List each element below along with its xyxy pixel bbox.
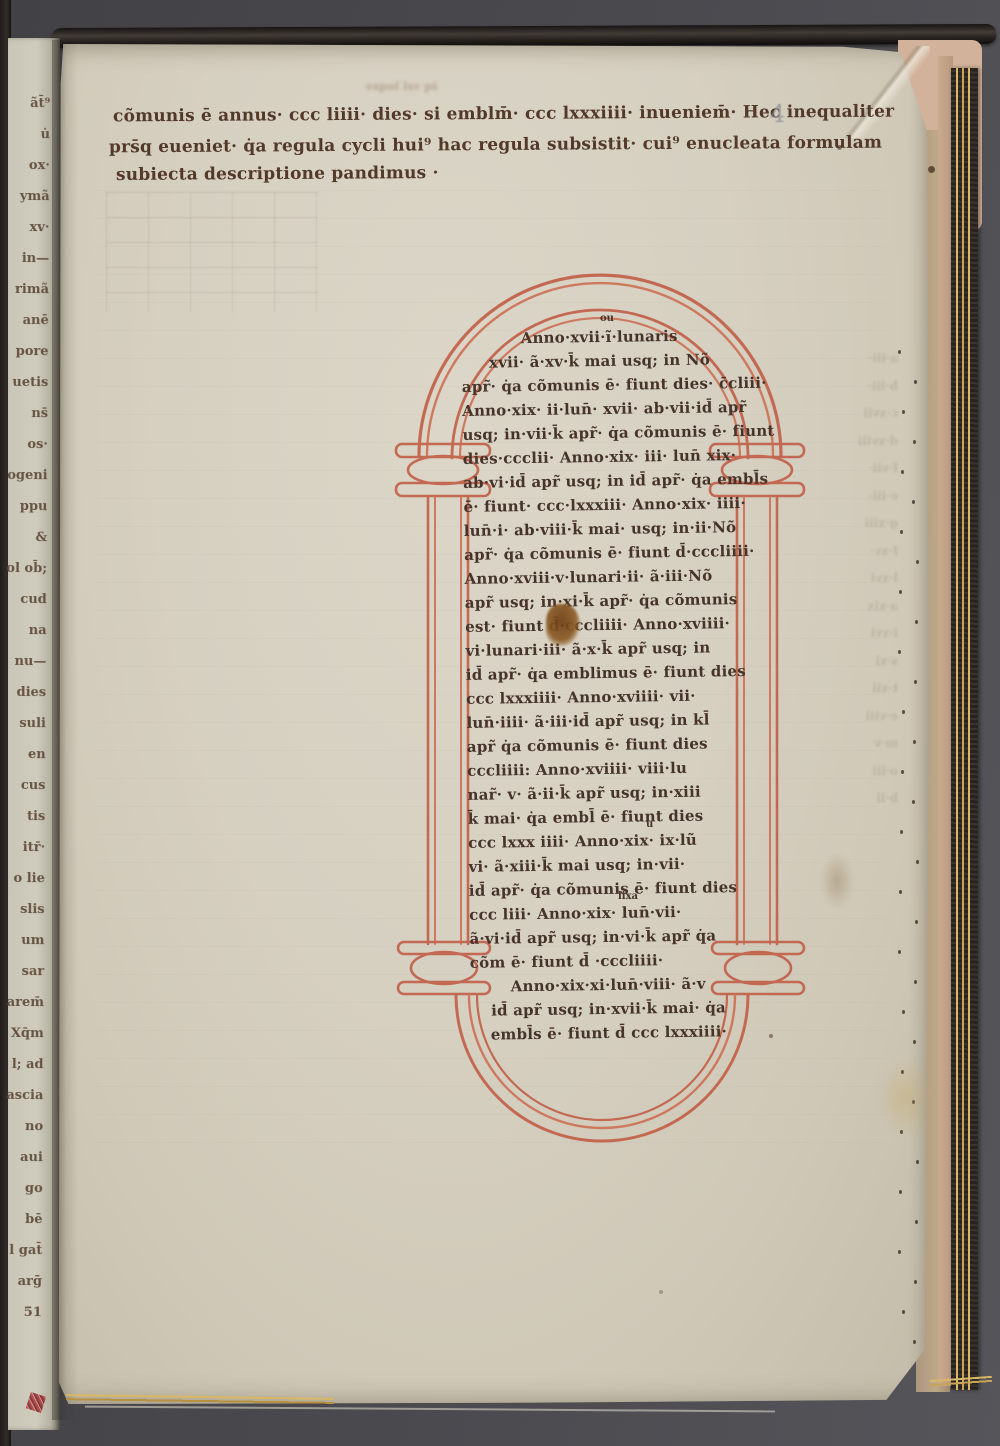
stain-yellow <box>880 1058 932 1138</box>
facing-page-fragment: & <box>1 522 47 553</box>
margin-showthrough-line: b·ii <box>826 785 898 813</box>
faint-inscription: expoſ lxv ps̄ <box>366 80 438 93</box>
facing-page-fragment: Xq̄m <box>0 1018 44 1049</box>
facing-page-fragment: ascia <box>0 1080 43 1111</box>
facing-page-fragment: na <box>1 615 47 646</box>
facing-page-fragment: 51 <box>0 1297 42 1328</box>
margin-showthrough-line: g·xiii <box>826 510 898 538</box>
facing-page-fragment: rimã <box>3 274 49 305</box>
facing-page-fragment: dies <box>0 677 46 708</box>
frame-text-line: id̄ apr̃· q̇a emblimus ē· fiunt dies <box>456 659 752 687</box>
facing-page-fragment: ogeni <box>2 460 48 491</box>
header-line-3: subiecta descriptione pandimus · <box>116 163 439 185</box>
book-cover-fore-edge-gilt <box>951 68 978 1390</box>
facing-page-text-fragments: ãt̄⁹u̇ox·ymãxv·in—rimãanēporeuetisns̄os·… <box>0 88 50 1348</box>
margin-showthrough-line: f·vii· <box>826 455 898 483</box>
facing-page-fragment: u̇ <box>4 119 50 150</box>
facing-page-fragment: ns̄ <box>2 398 48 429</box>
frame-text-line: ã·vi·id̄ apr̃ usq; in·vi·k̄ apr̃ q̇a <box>459 923 755 951</box>
frame-text: Anno·xvii·ĩ·lunarisxvii· ã·xv·k̄ mai usq… <box>451 323 757 1047</box>
margin-showthrough-line: f·xv· <box>826 538 898 566</box>
facing-page-fragment: arem̄ <box>0 987 44 1018</box>
facing-page-fragment: nu— <box>0 646 46 677</box>
facing-page-fragment: anē <box>3 305 49 336</box>
facing-page-fragment: ox· <box>4 150 50 181</box>
margin-showthrough-line: o·iii <box>826 758 898 786</box>
page-number: 4 <box>770 100 785 128</box>
facing-page-fragment: cus <box>0 770 46 801</box>
facing-page-fragment: cud <box>1 584 47 615</box>
margin-showthrough-line: i·xvi <box>826 620 898 648</box>
margin-showthrough-line: b·iii· <box>826 373 898 401</box>
speck <box>769 1034 773 1038</box>
gutter-shadow <box>52 40 78 1420</box>
facing-page-fragment: bē <box>0 1204 43 1235</box>
facing-page-fragment: suli <box>0 708 46 739</box>
facing-page-fragment: aui <box>0 1142 43 1173</box>
stain-smudge <box>820 852 854 910</box>
facing-page-fragment: ol ob̄; <box>1 553 47 584</box>
facing-page-fragment: xv· <box>3 212 49 243</box>
margin-showthrough-column: a·iii·b·iii·c·xviid·xviiif·vii·e·iii·g·x… <box>826 345 898 813</box>
facing-page-fragment: go <box>0 1173 43 1204</box>
facing-page-fragment: in— <box>3 243 49 274</box>
speck <box>837 145 842 150</box>
facing-page-fragment: os· <box>2 429 48 460</box>
facing-page-fragment: o lie <box>0 863 45 894</box>
facing-page-fragment: uetis <box>2 367 48 398</box>
margin-showthrough-line: l·xvi <box>826 565 898 593</box>
facing-page-fragment: ãt̄⁹ <box>4 88 50 119</box>
facing-page-fragment: slis <box>0 894 45 925</box>
frame-text-line: lun̄·iiii· ã·iii·id̄ apr̃ usq; in kl̄ <box>456 707 752 735</box>
facing-page-fragment: pore <box>2 336 48 367</box>
page-bottom-edge-highlight <box>85 1406 775 1413</box>
margin-showthrough-line: a·xix <box>826 593 898 621</box>
facing-page-fragment: no <box>0 1111 43 1142</box>
margin-showthrough-line: c·xvii <box>826 400 898 428</box>
table-showthrough <box>106 192 318 312</box>
book-cover-top-edge <box>52 24 996 48</box>
speck <box>928 166 935 173</box>
margin-showthrough-line: a·iii· <box>826 345 898 373</box>
margin-showthrough-line: d·xviii <box>826 428 898 456</box>
margin-showthrough-line: s·xi <box>826 648 898 676</box>
margin-showthrough-line: e·viii <box>826 703 898 731</box>
margin-showthrough-line: t·xii <box>826 675 898 703</box>
facing-page-fragment: sar <box>0 956 44 987</box>
facing-page-fragment: l gat̄ <box>0 1235 42 1266</box>
facing-page-fragment: tis <box>0 801 45 832</box>
facing-page-fragment: um <box>0 925 45 956</box>
facing-page-fragment: itr̄· <box>0 832 45 863</box>
facing-page-fragment: ppu <box>1 491 47 522</box>
frame-text-line: embl̄s ē· fiunt d̄ ccc lxxxiiii· <box>461 1019 757 1047</box>
facing-page-fragment: l; ad <box>0 1049 44 1080</box>
facing-page-fragment: ymã <box>4 181 50 212</box>
margin-showthrough-line: m·v <box>826 730 898 758</box>
top-right-corner-crease <box>840 46 930 138</box>
facing-page-fragment: arḡ <box>0 1266 42 1297</box>
speck <box>659 1290 663 1294</box>
margin-showthrough-line: e·iii· <box>826 483 898 511</box>
facing-page-fragment: en <box>0 739 46 770</box>
frame-text-line: id̄ apr̃· q̇a cõmunis ē· fiunt dies <box>459 875 755 903</box>
